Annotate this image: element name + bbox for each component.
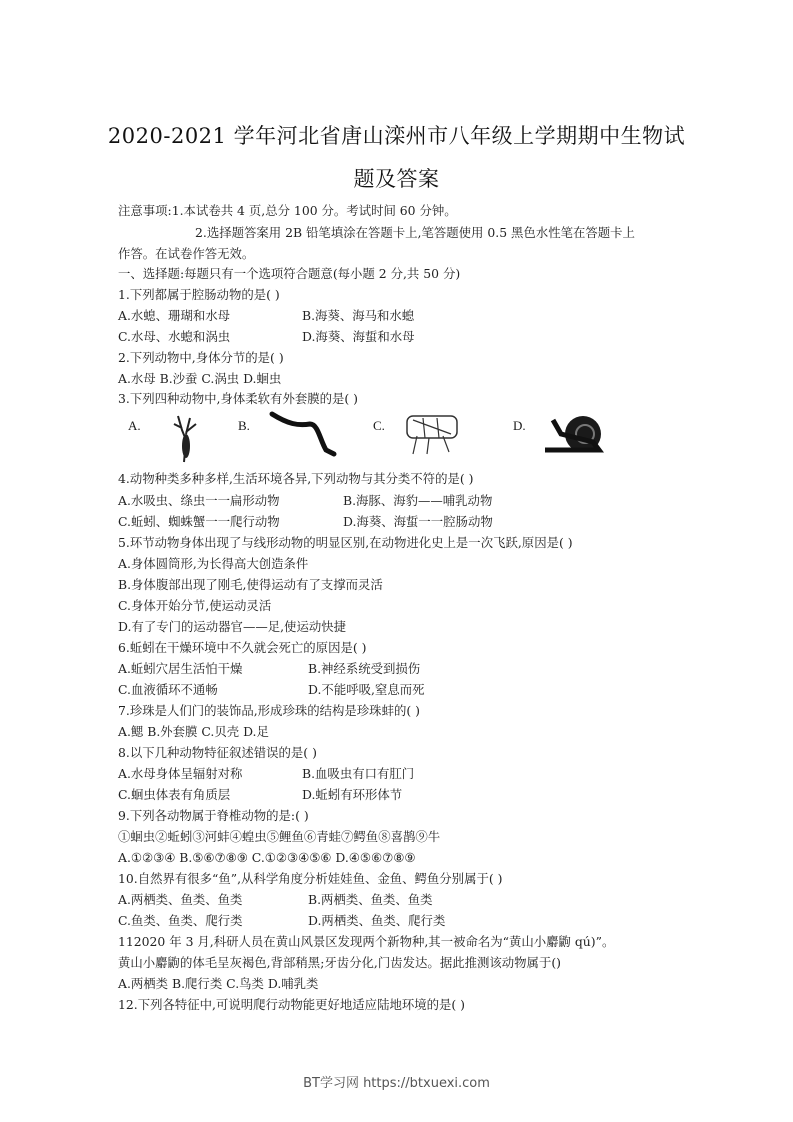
question-5-option-d: D.有了专门的运动器官——足,使运动快捷 [118,619,346,635]
question-12-stem: 12.下列各特征中,可说明爬行动物能更好地适应陆地环境的是( ) [118,997,465,1013]
question-6-option-b: B.神经系统受到损伤 [308,661,420,677]
question-4-option-a: A.水吸虫、绦虫一一扁形动物 [118,493,280,509]
grasshopper-icon [403,410,463,458]
question-9-animal-list: ①蛔虫②蚯蚓③河蚌④蝗虫⑤鲤鱼⑥青蛙⑦鳄鱼⑧喜鹊⑨牛 [118,829,440,845]
question-4-option-c: C.蚯蚓、蜘蛛蟹一一爬行动物 [118,514,280,530]
question-10-stem: 10.自然界有很多“鱼”,从科学角度分析娃娃鱼、金鱼、鳄鱼分别属于( ) [118,871,502,887]
question-1-option-a: A.水螅、珊瑚和水母 [118,308,230,324]
question-4-stem: 4.动物种类多种多样,生活环境各异,下列动物与其分类不符的是( ) [118,471,473,487]
notice-line-1: 注意事项:1.本试卷共 4 页,总分 100 分。考试时间 60 分钟。 [118,203,457,219]
question-7-stem: 7.珍珠是人们门的装饰品,形成珍珠的结构是珍珠蚌的( ) [118,703,420,719]
question-11-stem-line-1: 112020 年 3 月,科研人员在黄山风景区发现两个新物种,其一被命名为“黄山… [118,934,614,950]
page-title-line-2: 题及答案 [0,163,793,193]
question-2-stem: 2.下列动物中,身体分节的是( ) [118,350,284,366]
question-1-stem: 1.下列都属于腔肠动物的是( ) [118,287,280,303]
question-8-option-c: C.蛔虫体表有角质层 [118,787,230,803]
question-1-option-d: D.海葵、海蜇和水母 [302,329,415,345]
question-5-option-c: C.身体开始分节,使运动灵活 [118,598,271,614]
question-1-option-c: C.水母、水螅和涡虫 [118,329,230,345]
question-10-option-d: D.两栖类、鱼类、爬行类 [308,913,445,929]
question-3-figures: A. B. C. D. [118,408,638,468]
figure-label-d: D. [513,418,526,434]
question-1-option-b: B.海葵、海马和水螅 [302,308,414,324]
question-10-option-a: A.两栖类、鱼类、鱼类 [118,892,242,908]
question-6-stem: 6.蚯蚓在干燥环境中不久就会死亡的原因是( ) [118,640,366,656]
question-5-option-b: B.身体腹部出现了刚毛,使得运动有了支撑而灵活 [118,577,383,593]
question-4-option-b: B.海豚、海豹——哺乳动物 [343,493,492,509]
earthworm-icon [268,410,338,460]
question-5-stem: 5.环节动物身体出现了与线形动物的明显区别,在动物进化史上是一次飞跃,原因是( … [118,535,573,551]
page-title-line-1: 2020-2021 学年河北省唐山滦州市八年级上学期期中生物试 [0,120,793,150]
question-10-option-b: B.两栖类、鱼类、鱼类 [308,892,433,908]
notice-line-3: 作答。在试卷作答无效。 [118,246,254,262]
question-7-options: A.鳃 B.外套膜 C.贝壳 D.足 [118,724,269,740]
question-4-option-d: D.海葵、海蜇一一腔肠动物 [343,514,493,530]
question-6-option-c: C.血液循环不通畅 [118,682,218,698]
notice-line-2: 2.选择题答案用 2B 铅笔填涂在答题卡上,笔答题使用 0.5 黑色水性笔在答题… [195,225,635,241]
hydra-icon [168,410,204,464]
section-heading: 一、选择题:每题只有一个选项符合题意(每小题 2 分,共 50 分) [118,266,460,282]
figure-label-b: B. [238,418,250,434]
question-8-option-a: A.水母身体呈辐射对称 [118,766,242,782]
snail-icon [543,410,607,458]
figure-label-c: C. [373,418,385,434]
question-11-options: A.两栖类 B.爬行类 C.鸟类 D.哺乳类 [118,976,318,992]
question-8-stem: 8.以下几种动物特征叙述错误的是( ) [118,745,317,761]
question-9-options: A.①②③④ B.⑤⑥⑦⑧⑨ C.①②③④⑤⑥ D.④⑤⑥⑦⑧⑨ [118,850,415,866]
question-11-stem-line-2: 黄山小麝鼩的体毛呈灰褐色,背部稍黑;牙齿分化,门齿发达。据此推测该动物属于() [118,955,561,971]
question-8-option-d: D.蚯蚓有环形体节 [302,787,402,803]
footer-watermark: BT学习网 https://btxuexi.com [0,1072,793,1091]
question-6-option-a: A.蚯蚓穴居生活怕干燥 [118,661,242,677]
question-10-option-c: C.鱼类、鱼类、爬行类 [118,913,243,929]
question-2-options: A.水母 B.沙蚕 C.涡虫 D.蛔虫 [118,371,281,387]
question-6-option-d: D.不能呼吸,窒息而死 [308,682,425,698]
question-8-option-b: B.血吸虫有口有肛门 [302,766,414,782]
question-9-stem: 9.下列各动物属于脊椎动物的是:( ) [118,808,309,824]
figure-label-a: A. [128,418,141,434]
question-5-option-a: A.身体圆筒形,为长得高大创造条件 [118,556,308,572]
question-3-stem: 3.下列四种动物中,身体柔软有外套膜的是( ) [118,391,358,407]
